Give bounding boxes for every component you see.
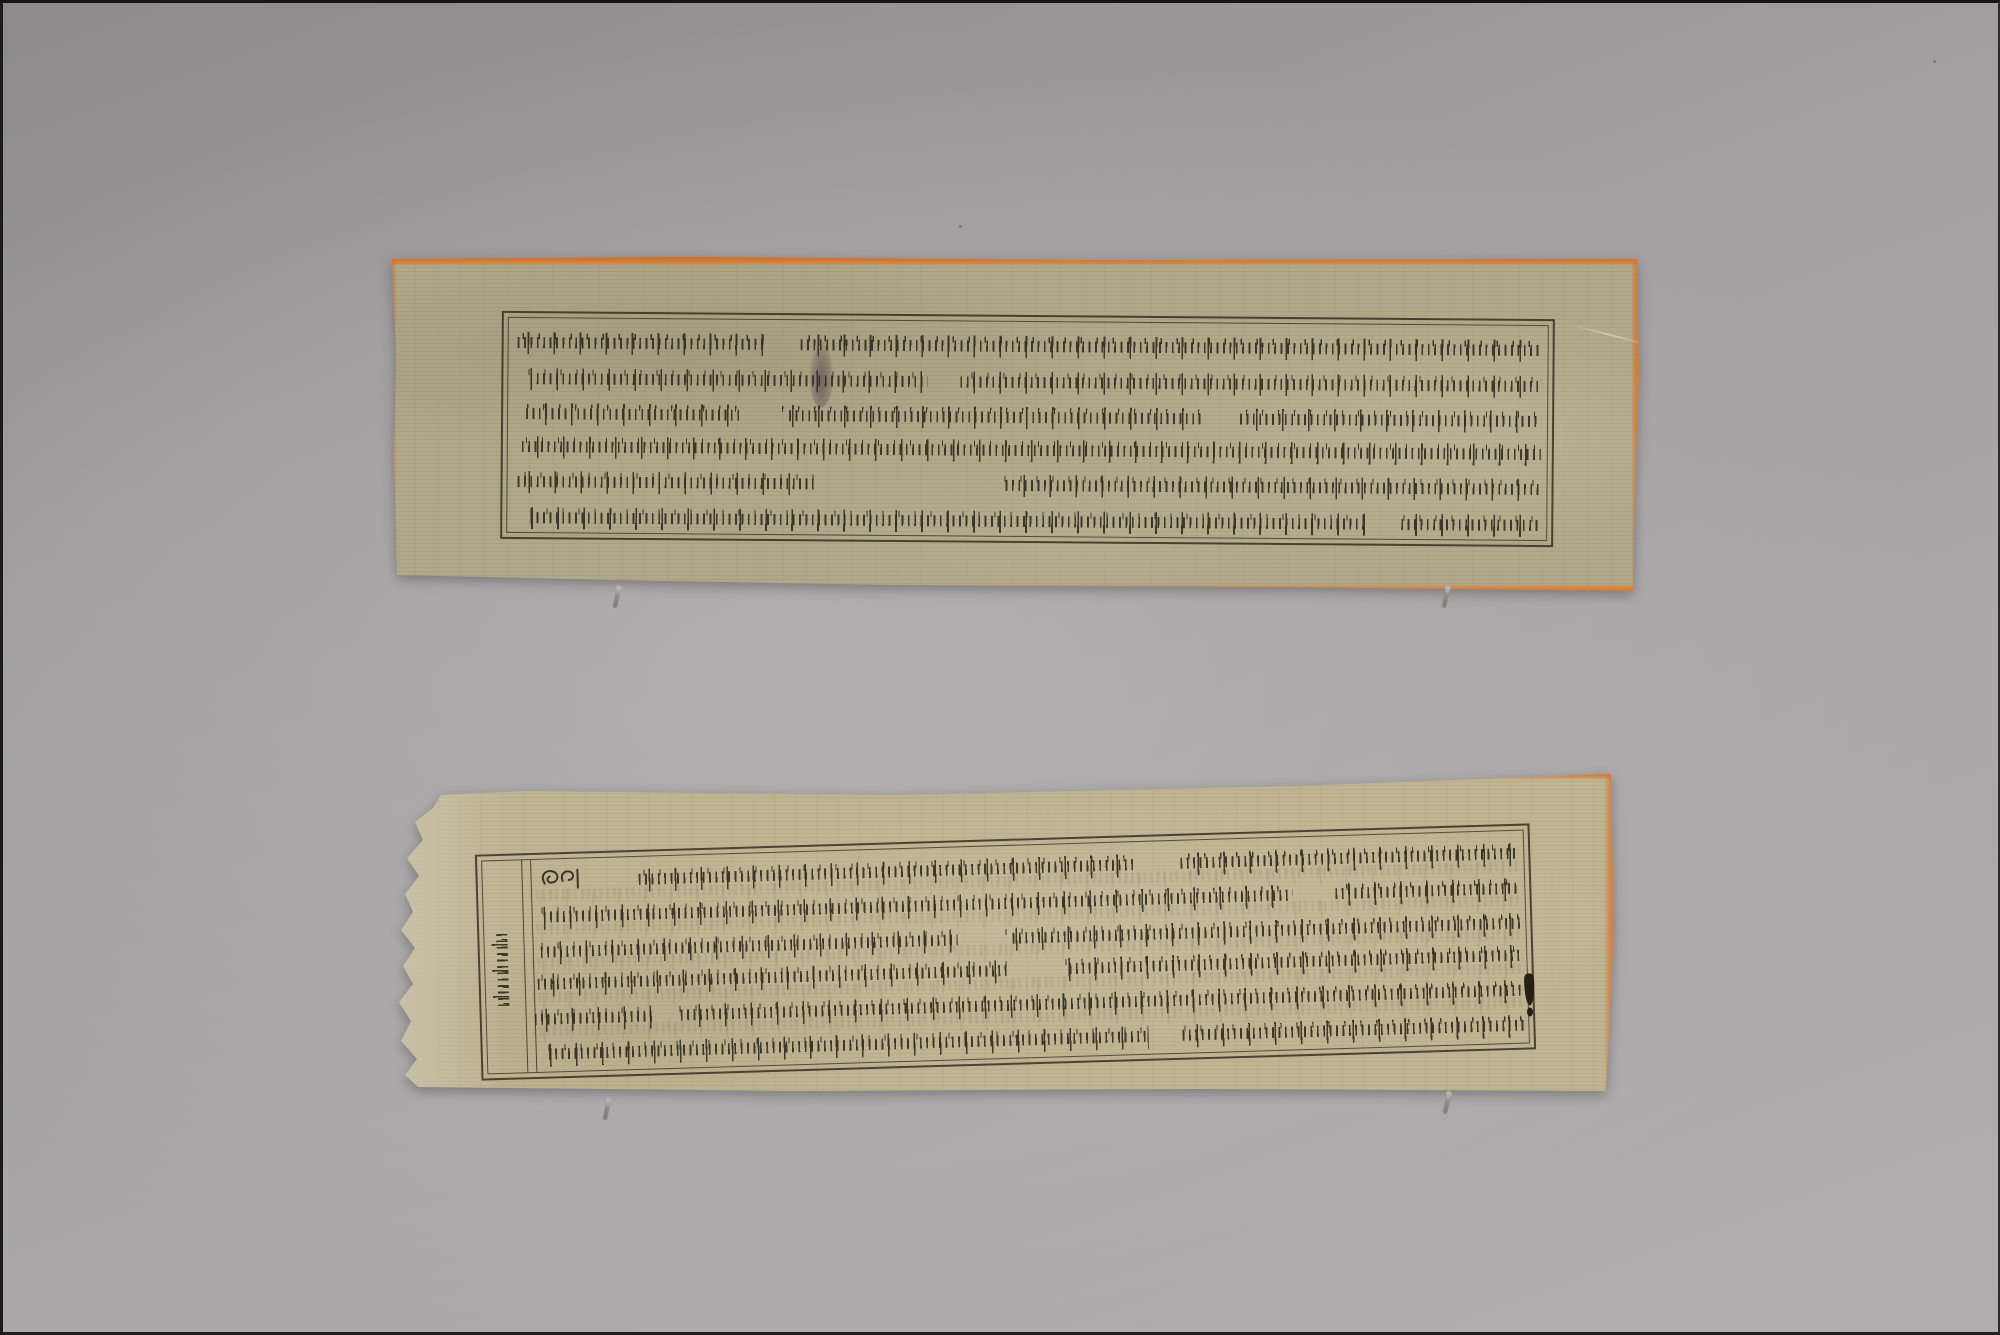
script-segment — [517, 367, 927, 392]
script-segment — [516, 506, 1366, 535]
script-segment — [517, 435, 1541, 465]
lower-leaf-orange-edge-bottom — [556, 1101, 1612, 1113]
text-line — [503, 435, 1552, 465]
script-segment — [958, 371, 1542, 398]
text-line — [502, 506, 1551, 536]
dust-speck — [959, 225, 962, 228]
upper-leaf-orange-edge-left — [391, 255, 397, 593]
upper-text-block — [504, 313, 1553, 321]
dust-speck — [1933, 60, 1936, 63]
lower-text-block — [477, 825, 1528, 856]
upper-text-frame — [500, 311, 1555, 547]
gray-fleck — [1663, 400, 1679, 411]
scratch-mark — [1565, 322, 1653, 346]
upper-leaf-orange-edge-right — [1631, 255, 1641, 593]
lower-leaf-paper — [396, 769, 1618, 1113]
text-line — [502, 471, 1551, 501]
script-segment — [998, 475, 1541, 501]
script-segment — [516, 471, 813, 495]
manuscript-leaf-lower — [396, 769, 1618, 1113]
text-line — [503, 367, 1552, 397]
upper-leaf-orange-edge-top — [391, 255, 1641, 266]
script-segment — [794, 334, 1542, 362]
script-segment — [773, 405, 1203, 430]
script-segment — [517, 403, 742, 427]
script-segment — [518, 332, 764, 356]
lower-leaf-orange-edge-top — [664, 769, 1618, 780]
upper-leaf-paper — [391, 255, 1641, 593]
text-line — [504, 332, 1553, 362]
script-segment — [1234, 409, 1541, 433]
photograph-backdrop — [0, 0, 2000, 1335]
lower-text-frame — [475, 823, 1536, 1080]
manuscript-leaf-upper — [391, 255, 1641, 593]
script-segment — [1397, 513, 1541, 536]
text-line — [503, 403, 1552, 433]
lower-leaf-orange-edge-right — [1604, 769, 1618, 1113]
